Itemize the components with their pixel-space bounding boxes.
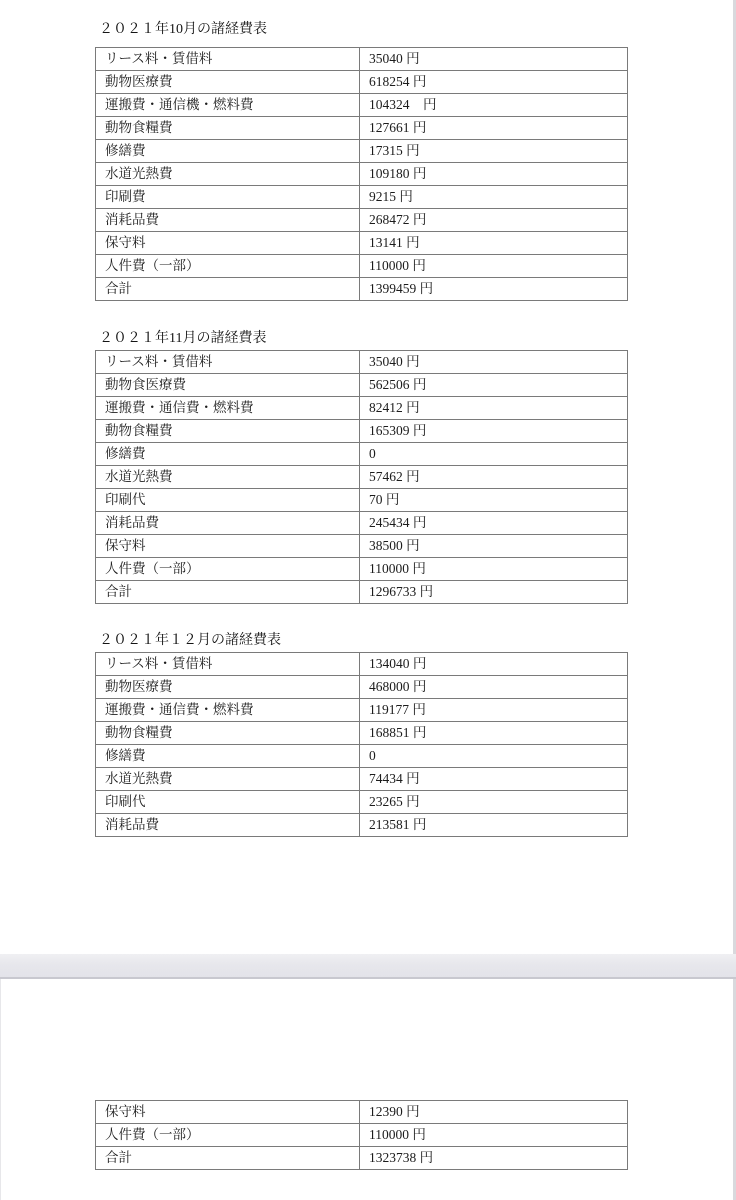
expense-label-cell: 印刷費	[96, 186, 360, 209]
table-row: 消耗品費245434 円	[96, 512, 628, 535]
table-row: 修繕費0	[96, 443, 628, 466]
expense-value-cell: 245434 円	[360, 512, 628, 535]
table-row: 人件費（一部）110000 円	[96, 255, 628, 278]
table-row: 動物食糧費165309 円	[96, 420, 628, 443]
expense-label-cell: 人件費（一部）	[96, 1124, 360, 1147]
table-row: 動物医療費618254 円	[96, 71, 628, 94]
expense-value-cell: 110000 円	[360, 1124, 628, 1147]
table-row: 水道光熱費109180 円	[96, 163, 628, 186]
expense-value-cell: 13141 円	[360, 232, 628, 255]
table-row: 修繕費17315 円	[96, 140, 628, 163]
table-row: 保守料12390 円	[96, 1101, 628, 1124]
expense-value-cell: 213581 円	[360, 814, 628, 837]
table-row: 運搬費・通信費・燃料費119177 円	[96, 699, 628, 722]
expense-value-cell: 70 円	[360, 489, 628, 512]
expense-value-cell: 165309 円	[360, 420, 628, 443]
expense-label-cell: 消耗品費	[96, 814, 360, 837]
expense-value-cell: 23265 円	[360, 791, 628, 814]
table-row: 動物医療費468000 円	[96, 676, 628, 699]
expense-label-cell: 水道光熱費	[96, 768, 360, 791]
expense-label-cell: 保守料	[96, 1101, 360, 1124]
expense-value-cell: 12390 円	[360, 1101, 628, 1124]
table-row: 合計1399459 円	[96, 278, 628, 301]
table-row: 運搬費・通信機・燃料費104324 円	[96, 94, 628, 117]
expense-label-cell: 水道光熱費	[96, 163, 360, 186]
expense-label-cell: 保守料	[96, 232, 360, 255]
expense-label-cell: 動物食糧費	[96, 420, 360, 443]
expense-label-cell: 動物食医療費	[96, 374, 360, 397]
expense-label-cell: リース料・賃借料	[96, 48, 360, 71]
expense-value-cell: 17315 円	[360, 140, 628, 163]
expense-value-cell: 110000 円	[360, 255, 628, 278]
expense-table-title-october: ２０２１年10月の諸経費表	[99, 21, 267, 39]
table-row: 消耗品費268472 円	[96, 209, 628, 232]
table-row: 動物食糧費168851 円	[96, 722, 628, 745]
expense-label-cell: 運搬費・通信費・燃料費	[96, 699, 360, 722]
expense-label-cell: 水道光熱費	[96, 466, 360, 489]
table-row: 消耗品費213581 円	[96, 814, 628, 837]
expense-value-cell: 1296733 円	[360, 581, 628, 604]
expense-value-cell: 0	[360, 443, 628, 466]
expense-table-title-december: ２０２１年１２月の諸経費表	[99, 632, 281, 650]
expense-table-october: リース料・賃借料35040 円動物医療費618254 円運搬費・通信機・燃料費1…	[95, 47, 628, 301]
expense-value-cell: 268472 円	[360, 209, 628, 232]
expense-label-cell: 人件費（一部）	[96, 255, 360, 278]
expense-label-cell: 人件費（一部）	[96, 558, 360, 581]
expense-value-cell: 1399459 円	[360, 278, 628, 301]
table-row: リース料・賃借料35040 円	[96, 351, 628, 374]
expense-label-cell: 動物医療費	[96, 676, 360, 699]
expense-label-cell: 合計	[96, 581, 360, 604]
expense-label-cell: 修繕費	[96, 140, 360, 163]
expense-label-cell: 動物食糧費	[96, 722, 360, 745]
expense-table-december-continuation: 保守料12390 円人件費（一部）110000 円合計1323738 円	[95, 1100, 628, 1170]
expense-table-title-november: ２０２１年11月の諸経費表	[99, 330, 266, 348]
expense-label-cell: 消耗品費	[96, 512, 360, 535]
expense-value-cell: 1323738 円	[360, 1147, 628, 1170]
expense-label-cell: 動物食糧費	[96, 117, 360, 140]
expense-label-cell: リース料・賃借料	[96, 351, 360, 374]
expense-label-cell: 合計	[96, 1147, 360, 1170]
table-row: 運搬費・通信費・燃料費82412 円	[96, 397, 628, 420]
expense-value-cell: 57462 円	[360, 466, 628, 489]
table-row: 水道光熱費74434 円	[96, 768, 628, 791]
expense-value-cell: 35040 円	[360, 351, 628, 374]
expense-value-cell: 35040 円	[360, 48, 628, 71]
table-row: 動物食糧費127661 円	[96, 117, 628, 140]
document-page-1: ２０２１年10月の諸経費表 リース料・賃借料35040 円動物医療費618254…	[0, 0, 736, 954]
document-viewer: ２０２１年10月の諸経費表 リース料・賃借料35040 円動物医療費618254…	[0, 0, 736, 1200]
expense-value-cell: 562506 円	[360, 374, 628, 397]
table-row: 人件費（一部）110000 円	[96, 558, 628, 581]
table-row: 印刷費9215 円	[96, 186, 628, 209]
expense-value-cell: 0	[360, 745, 628, 768]
expense-value-cell: 38500 円	[360, 535, 628, 558]
expense-table-november: リース料・賃借料35040 円動物食医療費562506 円運搬費・通信費・燃料費…	[95, 350, 628, 604]
table-row: 保守料13141 円	[96, 232, 628, 255]
table-row: 修繕費0	[96, 745, 628, 768]
expense-value-cell: 618254 円	[360, 71, 628, 94]
expense-table-december: リース料・賃借料134040 円動物医療費468000 円運搬費・通信費・燃料費…	[95, 652, 628, 837]
expense-label-cell: 修繕費	[96, 443, 360, 466]
expense-value-cell: 74434 円	[360, 768, 628, 791]
expense-value-cell: 468000 円	[360, 676, 628, 699]
table-row: 水道光熱費57462 円	[96, 466, 628, 489]
expense-label-cell: 保守料	[96, 535, 360, 558]
expense-value-cell: 127661 円	[360, 117, 628, 140]
expense-value-cell: 104324 円	[360, 94, 628, 117]
table-row: 保守料38500 円	[96, 535, 628, 558]
expense-value-cell: 109180 円	[360, 163, 628, 186]
expense-value-cell: 134040 円	[360, 653, 628, 676]
expense-label-cell: 修繕費	[96, 745, 360, 768]
table-row: 動物食医療費562506 円	[96, 374, 628, 397]
expense-value-cell: 82412 円	[360, 397, 628, 420]
expense-label-cell: 印刷代	[96, 489, 360, 512]
expense-label-cell: 運搬費・通信費・燃料費	[96, 397, 360, 420]
expense-label-cell: 印刷代	[96, 791, 360, 814]
expense-value-cell: 9215 円	[360, 186, 628, 209]
table-row: 合計1323738 円	[96, 1147, 628, 1170]
table-row: リース料・賃借料35040 円	[96, 48, 628, 71]
expense-label-cell: 運搬費・通信機・燃料費	[96, 94, 360, 117]
expense-value-cell: 110000 円	[360, 558, 628, 581]
table-row: 合計1296733 円	[96, 581, 628, 604]
page-break-divider	[0, 954, 736, 979]
expense-label-cell: 動物医療費	[96, 71, 360, 94]
table-row: 印刷代23265 円	[96, 791, 628, 814]
table-row: 人件費（一部）110000 円	[96, 1124, 628, 1147]
expense-label-cell: リース料・賃借料	[96, 653, 360, 676]
table-row: リース料・賃借料134040 円	[96, 653, 628, 676]
expense-label-cell: 消耗品費	[96, 209, 360, 232]
expense-value-cell: 119177 円	[360, 699, 628, 722]
expense-value-cell: 168851 円	[360, 722, 628, 745]
expense-label-cell: 合計	[96, 278, 360, 301]
table-row: 印刷代70 円	[96, 489, 628, 512]
